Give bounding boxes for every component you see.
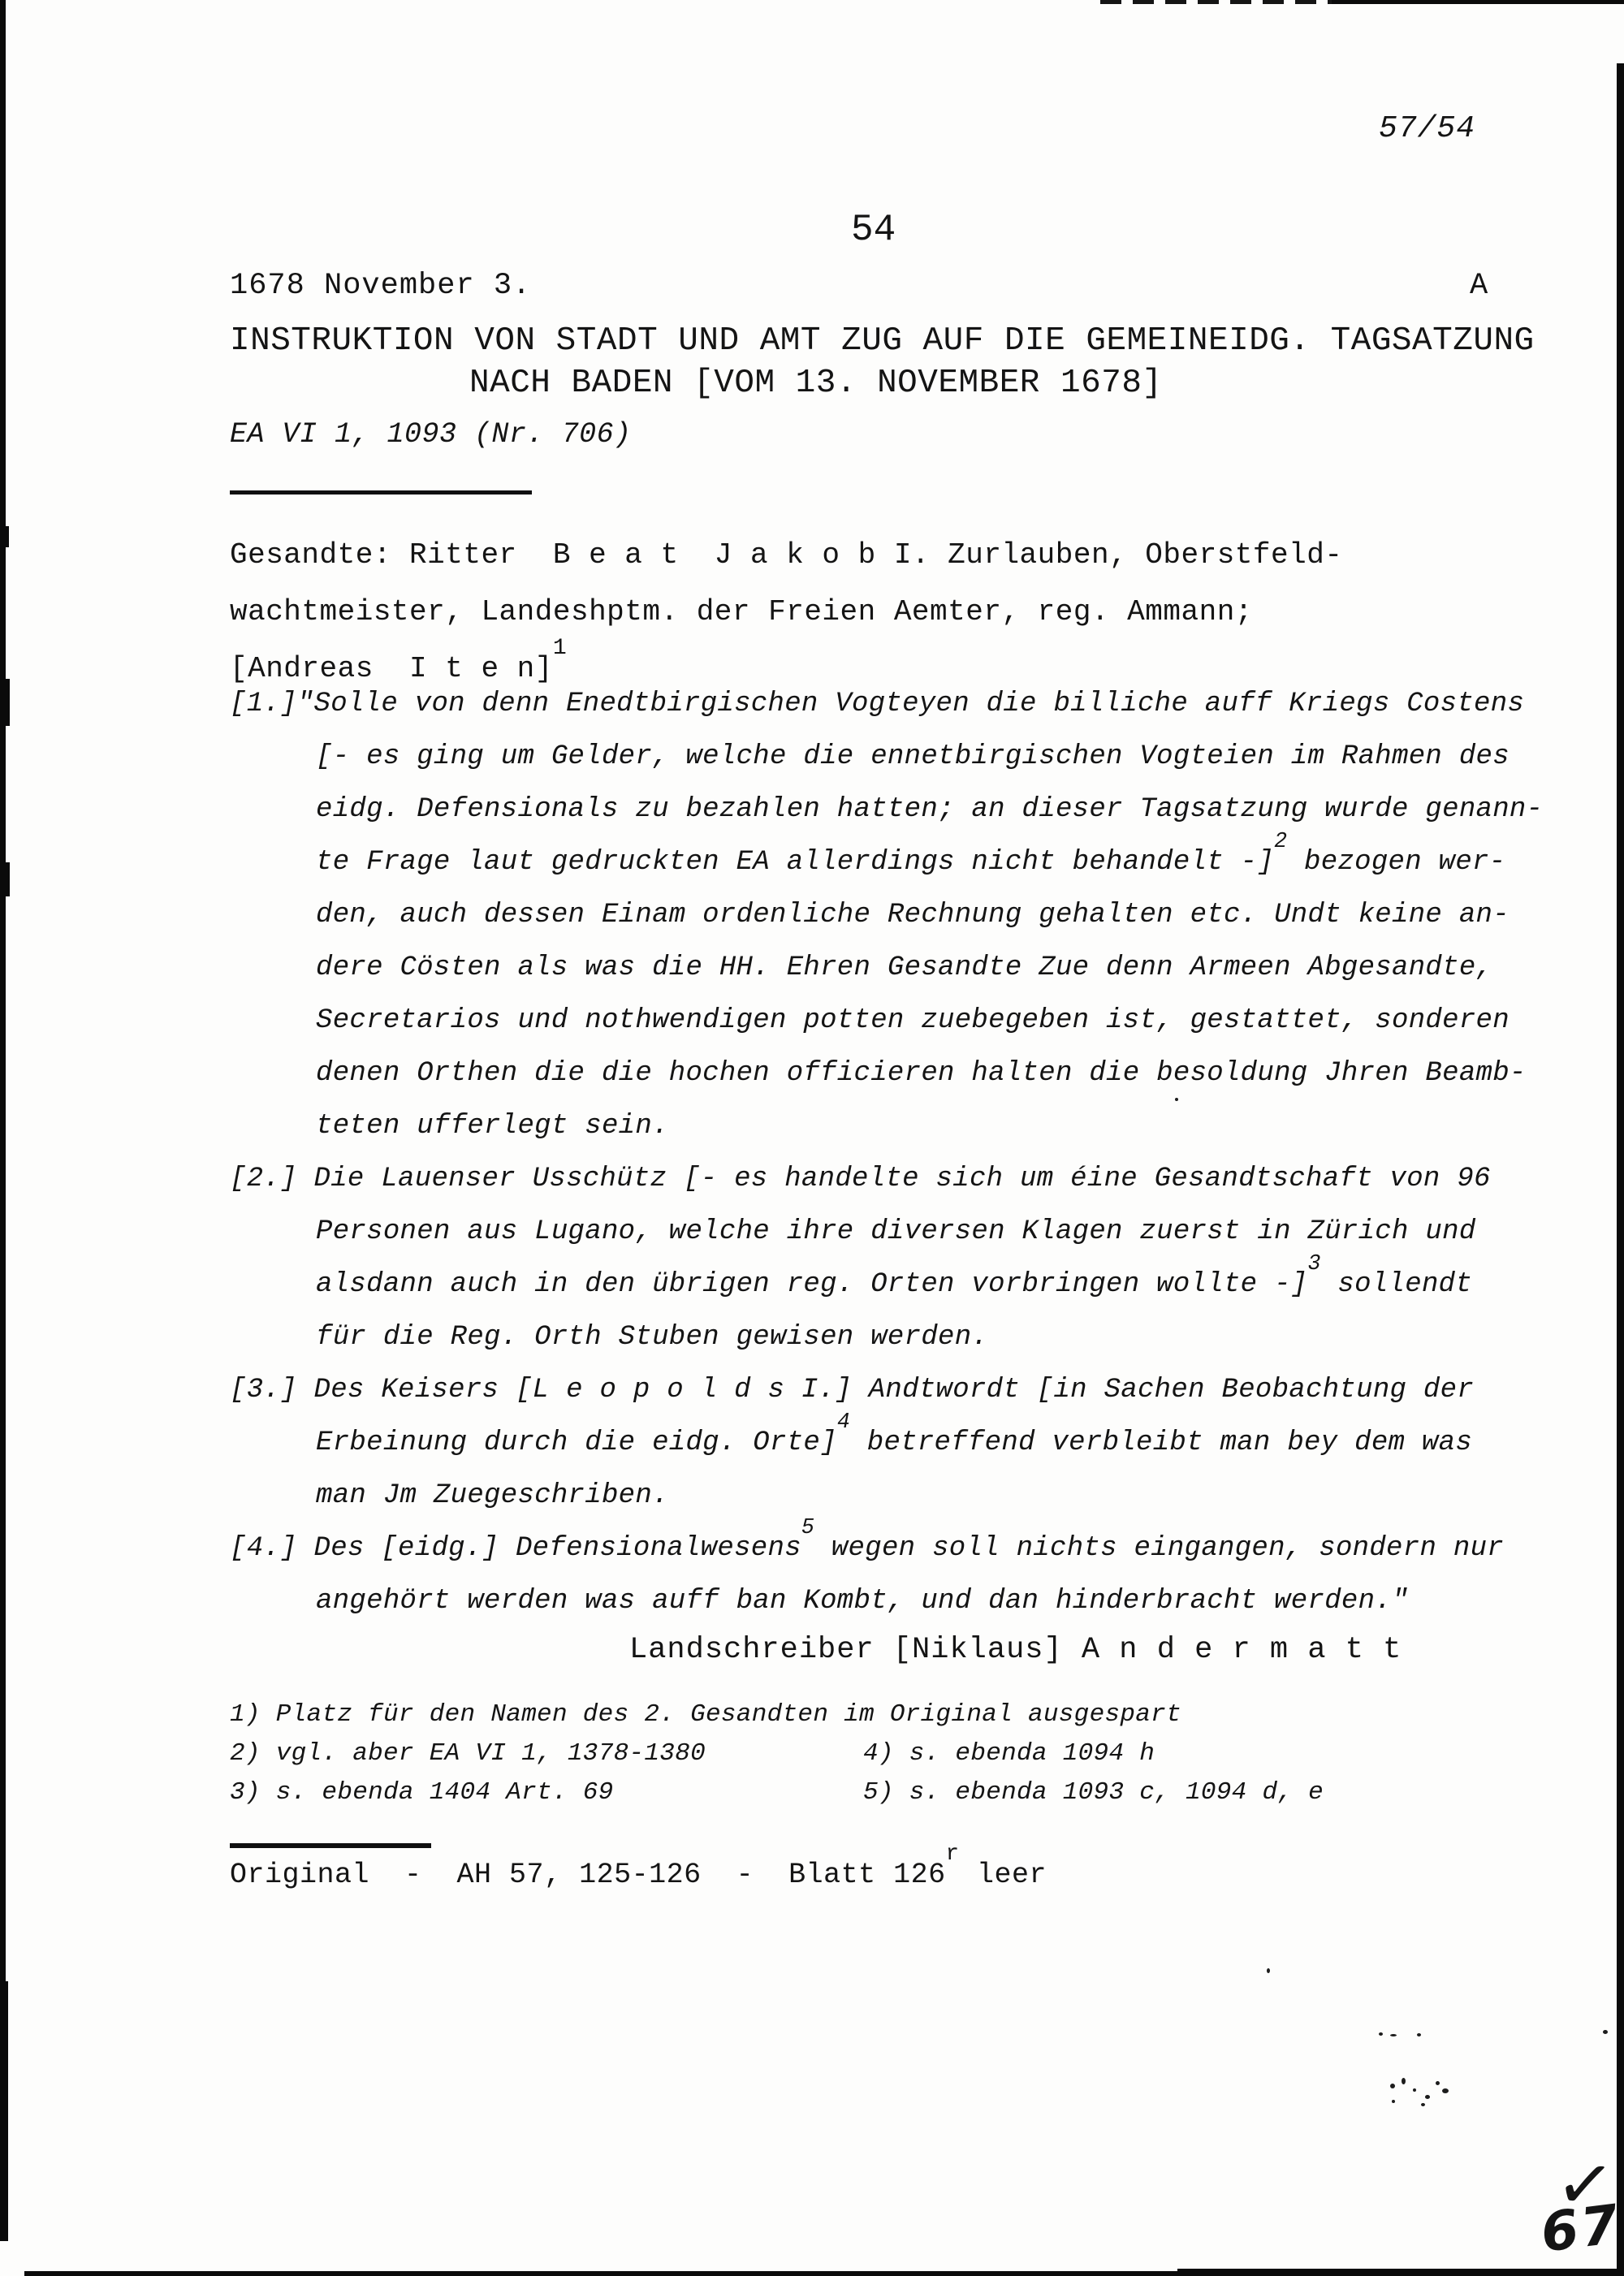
ink-speck xyxy=(1390,2084,1395,2088)
handwritten-number: 67 xyxy=(1538,2197,1623,2260)
footnote: 2) vgl. aber EA VI 1, 1378-1380 xyxy=(230,1741,706,1766)
page-number: 54 xyxy=(851,211,896,248)
body-line: [3.] Des Keisers [L e o p o l d s I.] An… xyxy=(230,1376,1474,1404)
body-line: den, auch dessen Einam ordenliche Rechnu… xyxy=(316,901,1510,929)
body-line: Erbeinung durch die eidg. Orte]4 betreff… xyxy=(316,1429,1472,1457)
body-line: angehört werden was auff ban Kombt, und … xyxy=(316,1587,1409,1615)
body-line: teten ufferlegt sein. xyxy=(316,1112,669,1140)
scan-edge-bottom-thick xyxy=(1177,2269,1624,2276)
body-line: Personen aus Lugano, welche ihre diverse… xyxy=(316,1218,1476,1246)
gesandte-line: [Andreas I t e n]1 xyxy=(230,654,567,684)
body-line: alsdann auch in den übrigen reg. Orten v… xyxy=(316,1271,1472,1298)
separator-rule-top xyxy=(230,490,532,495)
footnote: 3) s. ebenda 1404 Art. 69 xyxy=(230,1780,614,1805)
footnote: 5) s. ebenda 1093 c, 1094 d, e xyxy=(863,1780,1324,1805)
body-line: eidg. Defensionals zu bezahlen hatten; a… xyxy=(316,796,1543,823)
document-letter: A xyxy=(1470,271,1488,301)
folio-number: 57/54 xyxy=(1379,114,1475,145)
document-title-line2: NACH BADEN [VOM 13. NOVEMBER 1678] xyxy=(469,367,1163,400)
ink-speck xyxy=(1436,2081,1440,2085)
body-line: [4.] Des [eidg.] Defensionalwesens5 wege… xyxy=(230,1535,1504,1562)
body-line: [- es ging um Gelder, welche die ennetbi… xyxy=(316,743,1510,771)
scan-edge-left xyxy=(0,0,6,2241)
signature-line: Landschreiber [Niklaus] A n d e r m a t … xyxy=(629,1635,1402,1665)
ink-speck xyxy=(1392,2100,1395,2103)
gesandte-line: wachtmeister, Landeshptm. der Freien Aem… xyxy=(230,598,1253,627)
body-line: dere Cösten als was die HH. Ehren Gesand… xyxy=(316,954,1492,982)
scan-edge-top-dashed xyxy=(1100,0,1336,4)
scan-edge-left-bump xyxy=(0,1981,8,2241)
scan-edge-top xyxy=(1332,0,1624,4)
date-line: 1678 November 3. xyxy=(230,271,531,301)
body-line: [1.]"Solle von denn Enedtbirgischen Vogt… xyxy=(230,690,1524,718)
body-line: [2.] Die Lauenser Usschütz [- es handelt… xyxy=(230,1165,1491,1193)
ink-speck xyxy=(1402,2078,1406,2084)
gesandte-line: Gesandte: Ritter B e a t J a k o b I. Zu… xyxy=(230,541,1342,570)
scanned-document-page: 57/54 54 1678 November 3. A INSTRUKTION … xyxy=(0,0,1624,2276)
body-line: denen Orthen die die hochen officieren h… xyxy=(316,1060,1527,1087)
ink-speck xyxy=(1390,2034,1397,2036)
body-line: für die Reg. Orth Stuben gewisen werden. xyxy=(316,1324,988,1351)
scan-edge-left-bump xyxy=(0,679,10,726)
body-line: man Jm Zuegeschriben. xyxy=(316,1482,669,1509)
ink-speck xyxy=(1175,1098,1178,1101)
provenance-line: Original - AH 57, 125-126 - Blatt 126r l… xyxy=(230,1861,1047,1889)
ink-speck xyxy=(1417,2033,1421,2036)
ink-speck xyxy=(1379,2032,1383,2036)
ink-speck xyxy=(1442,2088,1449,2093)
document-title-line1: INSTRUKTION VON STADT UND AMT ZUG AUF DI… xyxy=(230,325,1535,358)
body-line: te Frage laut gedruckten EA allerdings n… xyxy=(316,849,1505,876)
ink-speck xyxy=(1267,1968,1270,1973)
ink-speck xyxy=(1421,2103,1425,2106)
scan-edge-right xyxy=(1617,63,1624,2276)
footnote: 4) s. ebenda 1094 h xyxy=(863,1741,1155,1766)
separator-rule-bottom xyxy=(230,1843,431,1848)
ink-speck xyxy=(1425,2095,1430,2099)
ink-speck xyxy=(1413,2088,1416,2092)
source-reference: EA VI 1, 1093 (Nr. 706) xyxy=(230,421,632,449)
scan-edge-left-bump xyxy=(0,862,10,896)
ink-speck xyxy=(1603,2030,1608,2034)
footnote: 1) Platz für den Namen des 2. Gesandten … xyxy=(230,1702,1181,1727)
body-line: Secretarios und nothwendigen potten zueb… xyxy=(316,1007,1510,1034)
scan-edge-left-bump xyxy=(0,526,9,547)
